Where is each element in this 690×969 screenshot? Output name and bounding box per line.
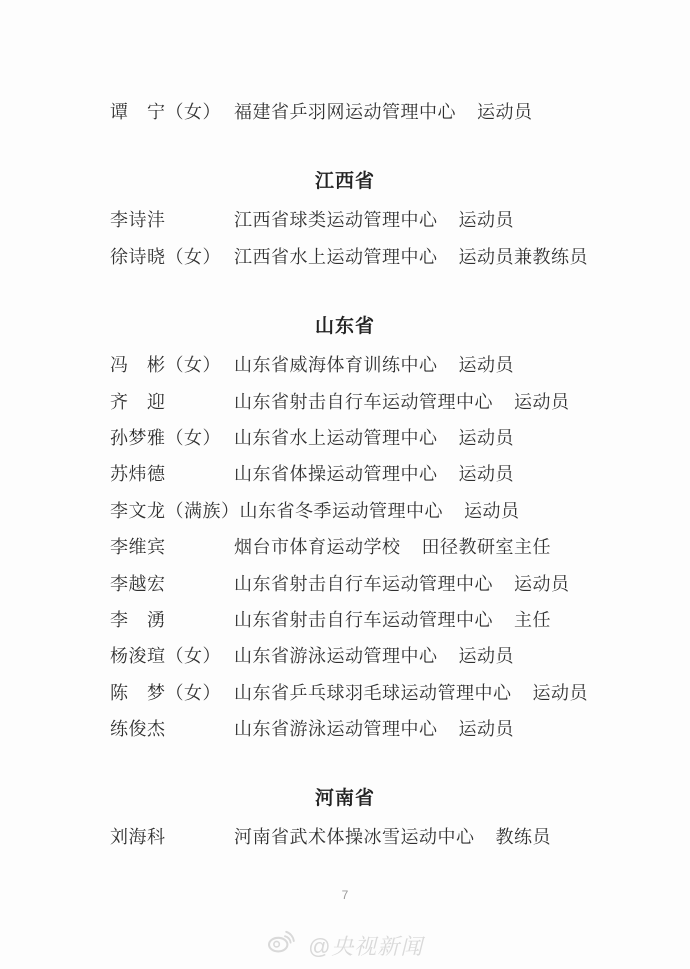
province-header: 河南省 bbox=[0, 781, 690, 817]
person-name: 刘海科 bbox=[110, 819, 234, 855]
organization: 福建省乒羽网运动管理中心 bbox=[234, 102, 456, 122]
province-header: 山东省 bbox=[0, 309, 690, 345]
table-row: 冯 彬（女）山东省威海体育训练中心运动员 bbox=[0, 347, 690, 383]
table-row: 李维宾烟台市体育运动学校田径教研室主任 bbox=[0, 529, 690, 565]
role: 运动员 bbox=[459, 719, 515, 739]
role: 运动员 bbox=[514, 574, 570, 594]
watermark-text: @央视新闻 bbox=[308, 934, 423, 959]
person-name: 徐诗晓（女） bbox=[110, 239, 234, 275]
organization: 山东省射击自行车运动管理中心 bbox=[234, 610, 493, 630]
person-name: 杨浚瑄（女） bbox=[110, 638, 234, 674]
role: 运动员 bbox=[459, 428, 515, 448]
organization: 山东省乒乓球羽毛球运动管理中心 bbox=[234, 683, 512, 703]
person-name: 李 湧 bbox=[110, 602, 234, 638]
document-body: 谭 宁（女）福建省乒羽网运动管理中心运动员江西省李诗沣江西省球类运动管理中心运动… bbox=[0, 94, 690, 856]
document-page: 谭 宁（女）福建省乒羽网运动管理中心运动员江西省李诗沣江西省球类运动管理中心运动… bbox=[0, 0, 690, 969]
person-name: 练俊杰 bbox=[110, 711, 234, 747]
person-name: 李越宏 bbox=[110, 566, 234, 602]
role: 教练员 bbox=[496, 827, 552, 847]
organization: 山东省游泳运动管理中心 bbox=[234, 646, 438, 666]
organization: 江西省球类运动管理中心 bbox=[234, 210, 438, 230]
role: 田径教研室主任 bbox=[422, 537, 552, 557]
role: 运动员 bbox=[459, 210, 515, 230]
organization: 河南省武术体操冰雪运动中心 bbox=[234, 827, 475, 847]
person-name: 谭 宁（女） bbox=[110, 94, 234, 130]
role: 运动员 bbox=[459, 646, 515, 666]
role: 运动员 bbox=[459, 355, 515, 375]
table-row: 苏炜德山东省体操运动管理中心运动员 bbox=[0, 456, 690, 492]
table-row: 杨浚瑄（女）山东省游泳运动管理中心运动员 bbox=[0, 638, 690, 674]
table-row: 谭 宁（女）福建省乒羽网运动管理中心运动员 bbox=[0, 94, 690, 130]
organization: 山东省游泳运动管理中心 bbox=[234, 719, 438, 739]
table-row: 徐诗晓（女）江西省水上运动管理中心运动员兼教练员 bbox=[0, 239, 690, 275]
person-name: 李维宾 bbox=[110, 529, 234, 565]
organization: 山东省射击自行车运动管理中心 bbox=[234, 392, 493, 412]
footer-watermark: @央视新闻 bbox=[0, 930, 690, 961]
person-name: 冯 彬（女） bbox=[110, 347, 234, 383]
person-name: 苏炜德 bbox=[110, 456, 234, 492]
weibo-icon bbox=[267, 929, 295, 959]
province-header: 江西省 bbox=[0, 164, 690, 200]
organization: 山东省冬季运动管理中心 bbox=[240, 501, 444, 521]
role: 运动员 bbox=[464, 501, 520, 521]
organization: 江西省水上运动管理中心 bbox=[234, 247, 438, 267]
page-number: 7 bbox=[0, 888, 690, 902]
table-row: 李越宏山东省射击自行车运动管理中心运动员 bbox=[0, 566, 690, 602]
organization: 山东省水上运动管理中心 bbox=[234, 428, 438, 448]
person-name: 李诗沣 bbox=[110, 202, 234, 238]
organization: 山东省体操运动管理中心 bbox=[234, 464, 438, 484]
role: 运动员 bbox=[477, 102, 533, 122]
table-row: 陈 梦（女）山东省乒乓球羽毛球运动管理中心运动员 bbox=[0, 675, 690, 711]
organization: 烟台市体育运动学校 bbox=[234, 537, 401, 557]
person-name: 李文龙（满族） bbox=[110, 493, 240, 529]
table-row: 李诗沣江西省球类运动管理中心运动员 bbox=[0, 202, 690, 238]
role: 运动员 bbox=[459, 464, 515, 484]
table-row: 练俊杰山东省游泳运动管理中心运动员 bbox=[0, 711, 690, 747]
table-row: 刘海科河南省武术体操冰雪运动中心教练员 bbox=[0, 819, 690, 855]
role: 主任 bbox=[514, 610, 551, 630]
person-name: 陈 梦（女） bbox=[110, 675, 234, 711]
role: 运动员 bbox=[533, 683, 589, 703]
table-row: 齐 迎山东省射击自行车运动管理中心运动员 bbox=[0, 384, 690, 420]
organization: 山东省射击自行车运动管理中心 bbox=[234, 574, 493, 594]
organization: 山东省威海体育训练中心 bbox=[234, 355, 438, 375]
table-row: 李文龙（满族）山东省冬季运动管理中心运动员 bbox=[0, 493, 690, 529]
table-row: 李 湧山东省射击自行车运动管理中心主任 bbox=[0, 602, 690, 638]
table-row: 孙梦雅（女）山东省水上运动管理中心运动员 bbox=[0, 420, 690, 456]
person-name: 齐 迎 bbox=[110, 384, 234, 420]
person-name: 孙梦雅（女） bbox=[110, 420, 234, 456]
role: 运动员 bbox=[514, 392, 570, 412]
role: 运动员兼教练员 bbox=[459, 247, 589, 267]
